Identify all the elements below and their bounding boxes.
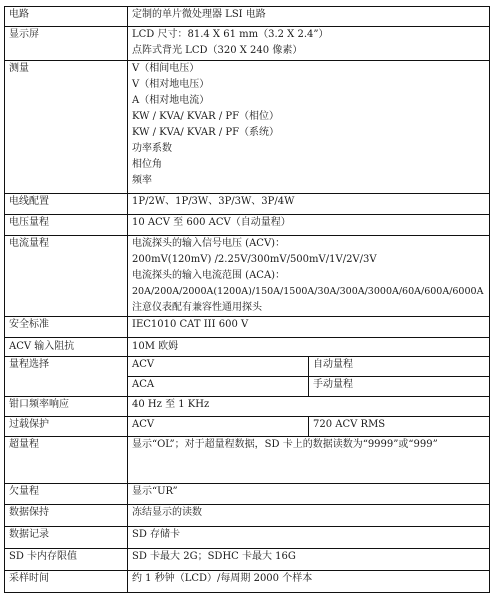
table-row: ACV 输入阻抗 10M 欧姆 <box>5 338 490 357</box>
value-line: KW / KVA/ KVAR / PF（系统） <box>132 125 485 141</box>
row-value: 显示“OL”；对于超量程数据，SD 卡上的数据读数为“9999”或“999” <box>128 437 490 484</box>
row-label: 显示屏 <box>5 27 128 61</box>
row-value: 电流探头的输入信号电压 (ACV)： 200mV(120mV) /2.25V/3… <box>128 236 490 317</box>
row-label: 钳口频率响应 <box>5 397 128 417</box>
table-row: 钳口频率响应 40 Hz 至 1 KHz <box>5 397 490 417</box>
row-value: SD 卡最大 2G；SDHC 卡最大 16G <box>128 549 490 571</box>
row-label: 测量 <box>5 61 128 194</box>
value-line: 20A/200A/2000A(1200A)/150A/1500A/30A/300… <box>132 284 485 300</box>
value-line: 约 1 秒钟（LCD）/每周期 2000 个样本 <box>132 571 485 587</box>
sub-key: ACV <box>128 417 309 437</box>
table-row: 电流量程 电流探头的输入信号电压 (ACV)： 200mV(120mV) /2.… <box>5 236 490 317</box>
value-line: 注意仪表配有兼容性通用探头 <box>132 300 485 316</box>
value-line: 冻结显示的读数 <box>132 505 485 521</box>
table-row: 数据保持 冻结显示的读数 <box>5 505 490 527</box>
row-label: 电流量程 <box>5 236 128 317</box>
value-line: 显示“UR” <box>132 484 485 500</box>
sub-value: 自动量程 <box>309 357 490 377</box>
value-line: 点阵式背光 LCD（320 X 240 像素） <box>132 43 485 59</box>
value-line: 1P/2W、1P/3W、3P/3W、3P/4W <box>132 194 485 210</box>
value-line: 相位角 <box>132 157 485 173</box>
sub-value: 手动量程 <box>309 377 490 397</box>
table-row: 数据记录 SD 存储卡 <box>5 527 490 549</box>
sub-value: 720 ACV RMS <box>309 417 490 437</box>
value-line: 电流探头的输入信号电压 (ACV)： <box>132 236 485 252</box>
row-label: 安全标准 <box>5 317 128 338</box>
row-label: 量程选择 <box>5 357 128 397</box>
table-row: 电路 定制的单片微处理器 LSI 电路 <box>5 7 490 27</box>
row-value: 40 Hz 至 1 KHz <box>128 397 490 417</box>
row-value: V（相间电压） V（相对地电压） A（相对地电流） KW / KVA/ KVAR… <box>128 61 490 194</box>
value-line: 功率系数 <box>132 141 485 157</box>
row-label: 电线配置 <box>5 194 128 215</box>
value-line: 定制的单片微处理器 LSI 电路 <box>132 7 485 23</box>
value-line: KW / KVA/ KVAR / PF（相位） <box>132 109 485 125</box>
row-value: 1P/2W、1P/3W、3P/3W、3P/4W <box>128 194 490 215</box>
table-row: 测量 V（相间电压） V（相对地电压） A（相对地电流） KW / KVA/ K… <box>5 61 490 194</box>
row-value: 10M 欧姆 <box>128 338 490 357</box>
sub-key: ACA <box>128 377 309 397</box>
row-label: ACV 输入阻抗 <box>5 338 128 357</box>
value-line: 10M 欧姆 <box>132 339 485 355</box>
value-line: SD 存储卡 <box>132 527 485 543</box>
row-value: 10 ACV 至 600 ACV（自动量程） <box>128 215 490 236</box>
value-line: 电流探头的输入电流范围 (ACA)： <box>132 268 485 284</box>
row-label: 过载保护 <box>5 417 128 437</box>
row-label: 数据保持 <box>5 505 128 527</box>
table-row: 采样时间 约 1 秒钟（LCD）/每周期 2000 个样本 <box>5 571 490 593</box>
table-row: 超量程 显示“OL”；对于超量程数据，SD 卡上的数据读数为“9999”或“99… <box>5 437 490 484</box>
value-line: SD 卡最大 2G；SDHC 卡最大 16G <box>132 549 485 565</box>
row-label: 电压量程 <box>5 215 128 236</box>
table-row: 过载保护 ACV 720 ACV RMS <box>5 417 490 437</box>
row-label: 电路 <box>5 7 128 27</box>
table-row: 电线配置 1P/2W、1P/3W、3P/3W、3P/4W <box>5 194 490 215</box>
row-label: 欠量程 <box>5 484 128 505</box>
row-value: 冻结显示的读数 <box>128 505 490 527</box>
row-label: SD 卡内存限值 <box>5 549 128 571</box>
value-line: V（相间电压） <box>132 61 485 77</box>
value-line: A（相对地电流） <box>132 93 485 109</box>
sub-key: ACV <box>128 357 309 377</box>
value-line: 200mV(120mV) /2.25V/300mV/500mV/1V/2V/3V <box>132 252 485 268</box>
value-line: LCD 尺寸：81.4 X 61 mm（3.2 X 2.4”） <box>132 27 485 43</box>
specification-table: 电路 定制的单片微处理器 LSI 电路 显示屏 LCD 尺寸：81.4 X 61… <box>4 6 490 593</box>
value-line: 40 Hz 至 1 KHz <box>132 397 485 413</box>
table-row: 欠量程 显示“UR” <box>5 484 490 505</box>
value-line: IEC1010 CAT III 600 V <box>132 317 485 333</box>
row-label: 数据记录 <box>5 527 128 549</box>
row-value: 显示“UR” <box>128 484 490 505</box>
table-row: 量程选择 ACV 自动量程 <box>5 357 490 377</box>
row-value: 定制的单片微处理器 LSI 电路 <box>128 7 490 27</box>
table-row: 安全标准 IEC1010 CAT III 600 V <box>5 317 490 338</box>
table-row: 显示屏 LCD 尺寸：81.4 X 61 mm（3.2 X 2.4”） 点阵式背… <box>5 27 490 61</box>
row-value: 约 1 秒钟（LCD）/每周期 2000 个样本 <box>128 571 490 593</box>
value-line: V（相对地电压） <box>132 77 485 93</box>
value-line: 10 ACV 至 600 ACV（自动量程） <box>132 215 485 231</box>
row-value: SD 存储卡 <box>128 527 490 549</box>
table-row: 电压量程 10 ACV 至 600 ACV（自动量程） <box>5 215 490 236</box>
row-label: 采样时间 <box>5 571 128 593</box>
table-row: SD 卡内存限值 SD 卡最大 2G；SDHC 卡最大 16G <box>5 549 490 571</box>
value-line: 显示“OL”；对于超量程数据，SD 卡上的数据读数为“9999”或“999” <box>132 437 485 453</box>
row-label: 超量程 <box>5 437 128 484</box>
value-line: 频率 <box>132 173 485 189</box>
row-value: IEC1010 CAT III 600 V <box>128 317 490 338</box>
row-value: LCD 尺寸：81.4 X 61 mm（3.2 X 2.4”） 点阵式背光 LC… <box>128 27 490 61</box>
